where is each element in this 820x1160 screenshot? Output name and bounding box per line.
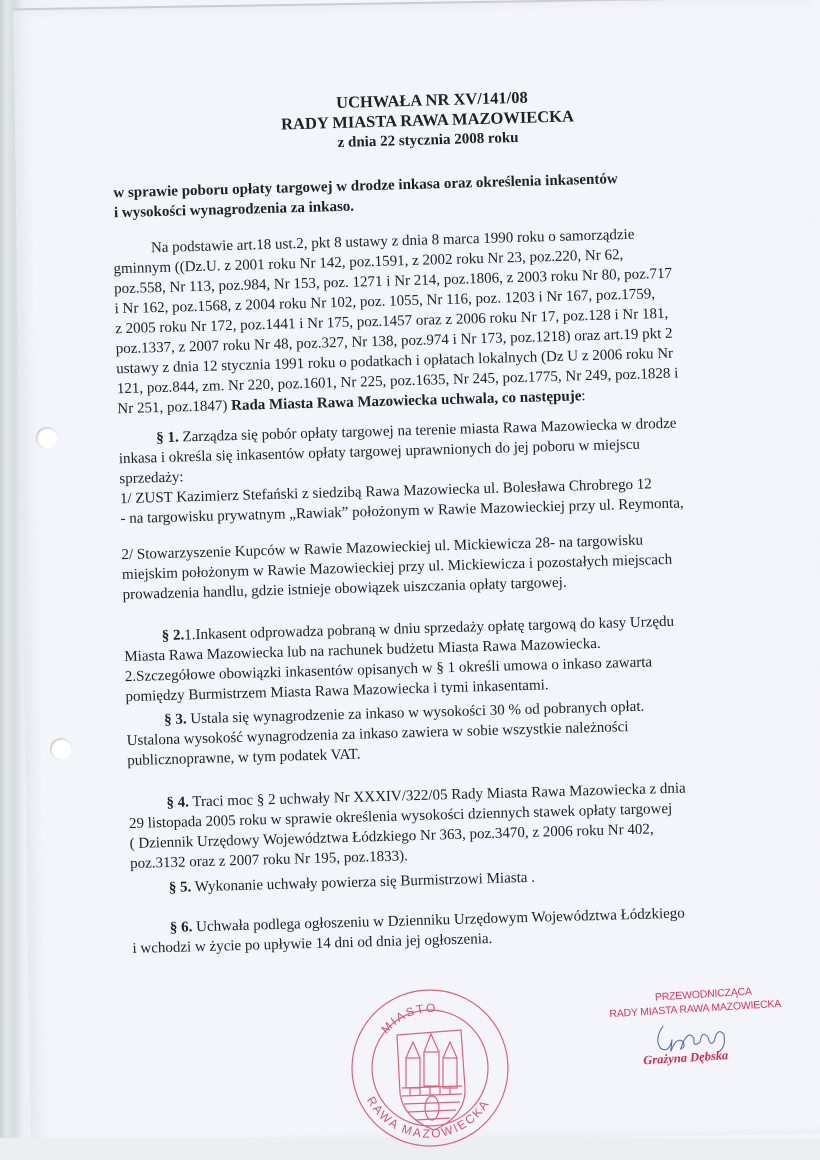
punch-hole-icon bbox=[50, 738, 72, 760]
section-label: § 2. bbox=[162, 627, 185, 644]
section-label: § 6. bbox=[170, 919, 193, 936]
svg-text:MIASTO: MIASTO bbox=[378, 1001, 437, 1036]
city-seal-stamp: MIASTO RAWA MAZOWIECKA bbox=[340, 978, 520, 1158]
section-1: § 1. Zarządza się pobór opłaty targowej … bbox=[118, 411, 761, 529]
preamble: Na podstawie art.18 ust.2, pkt 8 ustawy … bbox=[113, 221, 758, 419]
preamble-citation: Nr 251, poz.1847) bbox=[117, 398, 231, 417]
chairwoman-signature-block: PRZEWODNICZĄCA RADY MIASTA RAWA MAZOWIEC… bbox=[579, 981, 815, 1095]
coat-of-arms-seal-icon: MIASTO RAWA MAZOWIECKA bbox=[340, 978, 520, 1158]
section-label: § 3. bbox=[164, 711, 187, 728]
section-label: § 4. bbox=[166, 794, 189, 811]
enacting-colon: : bbox=[581, 388, 586, 404]
section-label: § 1. bbox=[156, 430, 179, 447]
section-label: § 5. bbox=[169, 879, 192, 896]
punch-hole-icon bbox=[36, 427, 58, 449]
